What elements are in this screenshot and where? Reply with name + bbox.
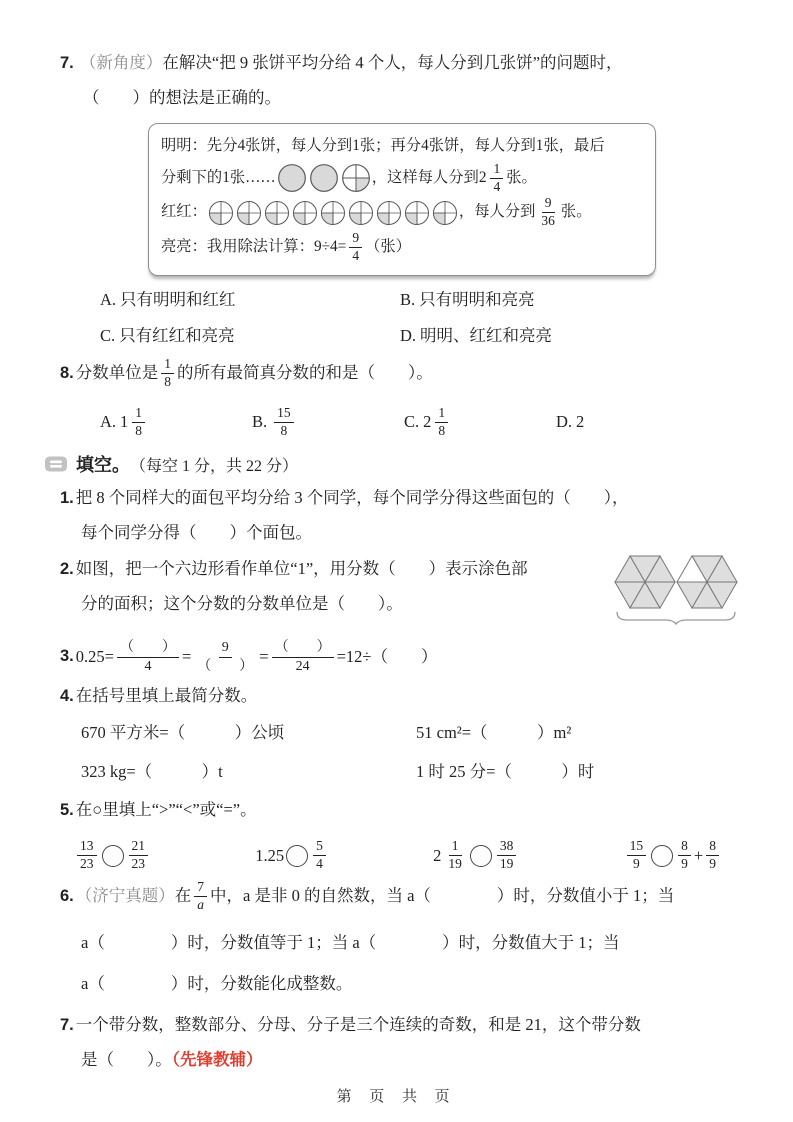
whole-pancake-circle bbox=[277, 163, 307, 193]
quarter-shaded-pancake-circle bbox=[264, 200, 290, 226]
section-score-note: （每空 1 分，共 22 分） bbox=[130, 453, 298, 476]
whole-pancake-circle bbox=[309, 163, 339, 193]
q8-stem-text2: 的所有最简真分数的和是（ ）。 bbox=[177, 360, 433, 386]
fill-question-3: 3. 0.25= （ ）4 = 9（ ） = （ ）24 =12÷（ ） bbox=[60, 639, 745, 675]
honghong-fraction: 936 bbox=[538, 195, 558, 230]
q7-stem-line2: （ ）的想法是正确的。 bbox=[83, 81, 745, 115]
q8-unit-fraction: 18 bbox=[161, 356, 174, 391]
f2-line1: 2.如图，把一个六边形看作单位“1”，用分数（ ）表示涂色部 bbox=[60, 552, 611, 587]
honghong-label: 红红： bbox=[161, 199, 207, 226]
fill-question-7: 7.一个带分数，整数部分、分母、分子是三个连续的奇数，和是 21，这个带分数 是… bbox=[60, 1008, 745, 1078]
honghong-text2: 张。 bbox=[561, 199, 592, 226]
f6-fraction: 7a bbox=[194, 879, 207, 914]
f4-stem: 4.在括号里填上最简分数。 bbox=[60, 679, 745, 714]
f6-line1: 6. （济宁真题） 在 7a 中，a 是非 0 的自然数，当 a（ ）时，分数值… bbox=[60, 879, 745, 914]
liangliang-text1: 我用除法计算：9÷4= bbox=[207, 234, 346, 261]
q7-option-b: B.只有明明和亮亮 bbox=[400, 286, 745, 310]
f6-line3: a（ ）时，分数能化成整数。 bbox=[81, 963, 745, 1004]
q8-option-c: C. 2 18 bbox=[404, 405, 556, 440]
f4-item-3: 323 kg=（ ）t bbox=[81, 753, 416, 792]
quarter-shaded-pancake-circle bbox=[348, 200, 374, 226]
f4-item-2: 51 cm²=（ ）m² bbox=[416, 714, 745, 753]
mingming-fraction: 14 bbox=[490, 161, 503, 196]
quarter-shaded-pancake-circle bbox=[320, 200, 346, 226]
fill-question-1: 1.把 8 个同样大的面包平均分给 3 个同学，每个同学分得这些面包的（ ）， … bbox=[60, 481, 745, 550]
f7-line1: 7.一个带分数，整数部分、分母、分子是三个连续的奇数，和是 21，这个带分数 bbox=[60, 1008, 745, 1043]
section-title: 填空。 bbox=[76, 451, 130, 477]
comparison-circle bbox=[286, 845, 308, 867]
f4-conversion-grid: 670 平方米=（ ）公顷 51 cm²=（ ）m² 323 kg=（ ）t 1… bbox=[81, 714, 745, 792]
quarter-shaded-pancake-circle bbox=[432, 200, 458, 226]
fill-question-4: 4.在括号里填上最简分数。 670 平方米=（ ）公顷 51 cm²=（ ）m²… bbox=[60, 679, 745, 791]
f5-item-1: 1323 2123 bbox=[74, 838, 151, 873]
quarter-shaded-pancake-circle bbox=[208, 200, 234, 226]
page-content: 7. （新角度）在解决“把 9 张饼平均分给 4 个人，每人分到几张饼”的问题时… bbox=[0, 0, 793, 1078]
f3-tail: =12÷（ ） bbox=[337, 645, 438, 668]
f3-equation: 3. 0.25= （ ）4 = 9（ ） = （ ）24 =12÷（ ） bbox=[60, 639, 745, 675]
honghong-line: 红红： ，每人分到 936 张。 bbox=[161, 195, 643, 230]
section-fill-in-blanks-header: 填空。 （每空 1 分，共 22 分） bbox=[44, 451, 745, 477]
q7-stem-text: 在解决“把 9 张饼平均分给 4 个人，每人分到几张饼”的问题时， bbox=[162, 53, 622, 72]
question-7: 7. （新角度）在解决“把 9 张饼平均分给 4 个人，每人分到几张饼”的问题时… bbox=[60, 46, 745, 346]
fill-question-5: 5.在○里填上“>”“<”或“=”。 1323 2123 1.25 54 2 1… bbox=[60, 793, 745, 873]
section-two-badge-icon bbox=[44, 455, 69, 473]
f1-line1: 1.把 8 个同样大的面包平均分给 3 个同学，每个同学分得这些面包的（ ）， bbox=[60, 481, 745, 516]
f6-line2: a（ ）时，分数值等于 1；当 a（ ）时，分数值大于 1；当 bbox=[81, 922, 745, 963]
mingming-text1: 先分4张饼，每人分到1张；再分4张饼，每人分到1张，最后 bbox=[207, 133, 605, 160]
f3-fraction-1: （ ）4 bbox=[117, 639, 179, 675]
q8-stem-text1: 分数单位是 bbox=[76, 360, 159, 386]
q8-option-a-fraction: 18 bbox=[132, 405, 145, 440]
mingming-text4: 张。 bbox=[506, 165, 537, 192]
f3-fraction-2: 9（ ） bbox=[194, 639, 256, 675]
q8-stem: 8. 分数单位是 18 的所有最简真分数的和是（ ）。 bbox=[60, 356, 745, 391]
f5-stem: 5.在○里填上“>”“<”或“=”。 bbox=[60, 793, 745, 828]
quarter-shaded-pancake-circle bbox=[341, 163, 371, 193]
comparison-circle bbox=[102, 845, 124, 867]
f5-item-3: 2 119 3819 bbox=[433, 838, 519, 873]
quarter-shaded-pancake-circle bbox=[404, 200, 430, 226]
f4-item-4: 1 时 25 分=（ ）时 bbox=[416, 753, 745, 792]
q7-option-a: A.只有明明和红红 bbox=[100, 286, 400, 310]
q8-option-b-fraction: 158 bbox=[274, 405, 294, 440]
q7-options: A.只有明明和红红 B.只有明明和亮亮 C.只有红红和亮亮 D.明明、红红和亮亮 bbox=[100, 286, 745, 346]
f6-source-tag: （济宁真题） bbox=[76, 882, 175, 910]
mingming-text3: ，这样每人分到 bbox=[372, 165, 479, 192]
quarter-shaded-pancake-circle bbox=[376, 200, 402, 226]
f5-comparison-row: 1323 2123 1.25 54 2 119 3819 159 bbox=[74, 838, 722, 873]
q8-option-a: A. 1 18 bbox=[100, 405, 252, 440]
hexagon-figure bbox=[611, 552, 745, 631]
mingming-label: 明明： bbox=[161, 133, 207, 160]
worksheet-page: 7. （新角度）在解决“把 9 张饼平均分给 4 个人，每人分到几张饼”的问题时… bbox=[0, 0, 793, 1122]
comparison-circle bbox=[651, 845, 673, 867]
question-8: 8. 分数单位是 18 的所有最简真分数的和是（ ）。 A. 1 18 B. 1… bbox=[60, 356, 745, 440]
f3-lead: 0.25= bbox=[76, 645, 114, 668]
two-hexagons-diagram bbox=[611, 552, 745, 626]
f7-line2: 是（ ）。（先锋教辅） bbox=[81, 1043, 745, 1078]
q7-option-d: D.明明、红红和亮亮 bbox=[400, 322, 745, 346]
q8-options: A. 1 18 B. 158 C. 2 18 D. 2 bbox=[100, 405, 745, 440]
q7-stem-line1: 7. （新角度）在解决“把 9 张饼平均分给 4 个人，每人分到几张饼”的问题时… bbox=[60, 46, 745, 81]
liangliang-line: 亮亮： 我用除法计算：9÷4= 94 （张） bbox=[161, 230, 643, 265]
q7-number: 7. bbox=[60, 54, 74, 72]
q8-number: 8. bbox=[60, 360, 74, 386]
page-footer: 第 页 共 页 bbox=[0, 1085, 793, 1106]
f4-item-1: 670 平方米=（ ）公顷 bbox=[81, 714, 416, 753]
under-brace bbox=[617, 612, 735, 624]
students-answers-box: 明明： 先分4张饼，每人分到1张；再分4张饼，每人分到1张，最后 分剩下的1张…… bbox=[148, 123, 656, 276]
q8-option-c-fraction: 18 bbox=[435, 405, 448, 440]
mingming-line2: 分剩下的1张…… ，这样每人分到 2 14 张。 bbox=[161, 161, 643, 196]
mingming-mixed-integer: 2 bbox=[479, 165, 487, 192]
liangliang-text2: （张） bbox=[365, 234, 411, 261]
honghong-text1: ，每人分到 bbox=[459, 199, 536, 226]
f5-item-4: 159 89 + 89 bbox=[624, 838, 722, 873]
f1-line2: 每个同学分得（ ）个面包。 bbox=[81, 516, 745, 550]
liangliang-label: 亮亮： bbox=[161, 234, 207, 261]
f2-line2: 分的面积；这个分数的分数单位是（ ）。 bbox=[81, 587, 611, 621]
publisher-brand-tag: （先锋教辅） bbox=[172, 1051, 263, 1069]
f3-fraction-3: （ ）24 bbox=[272, 639, 334, 675]
comparison-circle bbox=[470, 845, 492, 867]
quarter-shaded-pancake-circle bbox=[236, 200, 262, 226]
mingming-text2: 分剩下的1张…… bbox=[161, 165, 276, 192]
quarter-shaded-pancake-circle bbox=[292, 200, 318, 226]
f5-item-2: 1.25 54 bbox=[255, 838, 329, 873]
q8-option-b: B. 158 bbox=[252, 405, 404, 440]
q7-source-tag: （新角度） bbox=[80, 53, 163, 72]
mingming-line1: 明明： 先分4张饼，每人分到1张；再分4张饼，每人分到1张，最后 bbox=[161, 133, 643, 161]
f2-text: 2.如图，把一个六边形看作单位“1”，用分数（ ）表示涂色部 分的面积；这个分数… bbox=[60, 552, 611, 621]
q8-option-d: D. 2 bbox=[556, 412, 584, 432]
q7-option-c: C.只有红红和亮亮 bbox=[100, 322, 400, 346]
fill-question-2: 2.如图，把一个六边形看作单位“1”，用分数（ ）表示涂色部 分的面积；这个分数… bbox=[60, 552, 745, 631]
fill-question-6: 6. （济宁真题） 在 7a 中，a 是非 0 的自然数，当 a（ ）时，分数值… bbox=[60, 879, 745, 1004]
f6-line1-text: 中，a 是非 0 的自然数，当 a（ ）时，分数值小于 1；当 bbox=[210, 882, 674, 910]
liangliang-fraction: 94 bbox=[349, 230, 362, 265]
